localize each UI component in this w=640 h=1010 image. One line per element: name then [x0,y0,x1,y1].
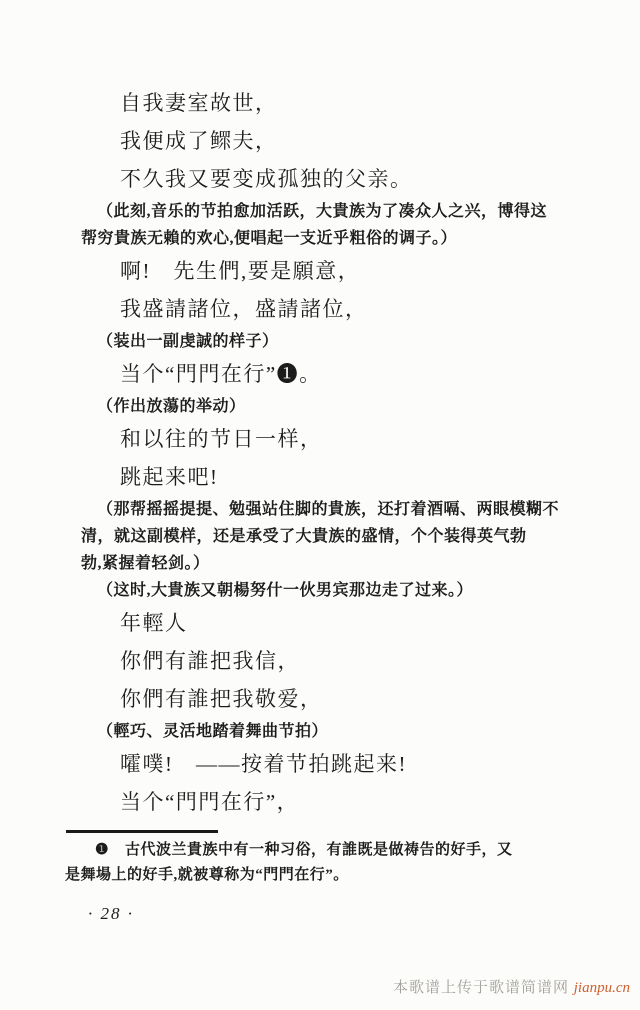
verse-line: 当个“門門在行”， [120,783,640,821]
verse-line: 啊! 先生們,要是願意， [120,252,640,290]
footnote-line: ❶古代波兰貴族中有一种习俗，有誰既是做祷告的好手，又 [95,838,640,863]
watermark-text: 本歌谱上传于歌谱简谱网 [393,980,569,996]
verse-line: 嚯噗! ——按着节拍跳起来! [120,745,640,783]
footnote-text: 古代波兰貴族中有一种习俗，有誰既是做祷告的好手，又 [125,842,513,858]
stage-direction-line: （这时,大貴族又朝楊努什一伙男宾那边走了过来。） [97,577,640,604]
verse-line: 和以往的节日一样， [120,420,640,458]
stage-direction-line: 帮穷貴族无賴的欢心,便唱起一支近乎粗俗的调子。） [81,225,640,252]
footnote-divider-rule [66,830,218,833]
page-content: 自我妻室故世，我便成了鳏夫，不久我又要变成孤独的父亲。（此刻,音乐的节拍愈加活跃… [0,0,640,924]
footnote: ❶古代波兰貴族中有一种习俗，有誰既是做祷告的好手，又 是舞場上的好手,就被尊称为… [0,838,640,888]
watermark: 本歌谱上传于歌谱简谱网 jianpu.cn [393,976,630,997]
stage-direction-line: （輕巧、灵活地踏着舞曲节拍） [97,718,640,745]
stage-direction-line: （作出放蕩的举动） [97,393,640,420]
verse-line: 我盛請諸位，盛請諸位， [120,290,640,328]
verse-line: 跳起来吧! [120,458,640,496]
scanned-book-page: 自我妻室故世，我便成了鳏夫，不久我又要变成孤独的父亲。（此刻,音乐的节拍愈加活跃… [0,0,640,1010]
page-number: · 28 · [88,904,640,924]
script-lines: 自我妻室故世，我便成了鳏夫，不久我又要变成孤独的父亲。（此刻,音乐的节拍愈加活跃… [0,84,640,821]
verse-line: 当个“門門在行”❶。 [120,355,640,393]
verse-line: 你們有誰把我敬爱， [120,680,640,718]
stage-direction-line: 勃,紧握着轻剑。） [81,550,640,577]
verse-line: 不久我又要变成孤独的父亲。 [120,160,640,198]
stage-direction-line: 清，就这副模样，还是承受了大貴族的盛情，个个装得英气勃 [81,523,640,550]
footnote-marker-icon: ❶ [95,842,109,858]
watermark-site-link[interactable]: jianpu.cn [574,980,630,996]
stage-direction-line: （那帮摇摇提提、勉强站住脚的貴族，还打着酒嗝、两眼模糊不 [97,496,640,523]
footnote-text: 是舞場上的好手,就被尊称为“門門在行”。 [65,863,640,888]
verse-line: 你們有誰把我信， [120,642,640,680]
stage-direction-line: （此刻,音乐的节拍愈加活跃，大貴族为了凑众人之兴，博得这 [97,198,640,225]
stage-direction-line: （装出一副虔誠的样子） [97,328,640,355]
verse-line: 年輕人 [120,604,640,642]
verse-line: 自我妻室故世， [120,84,640,122]
verse-line: 我便成了鳏夫， [120,122,640,160]
